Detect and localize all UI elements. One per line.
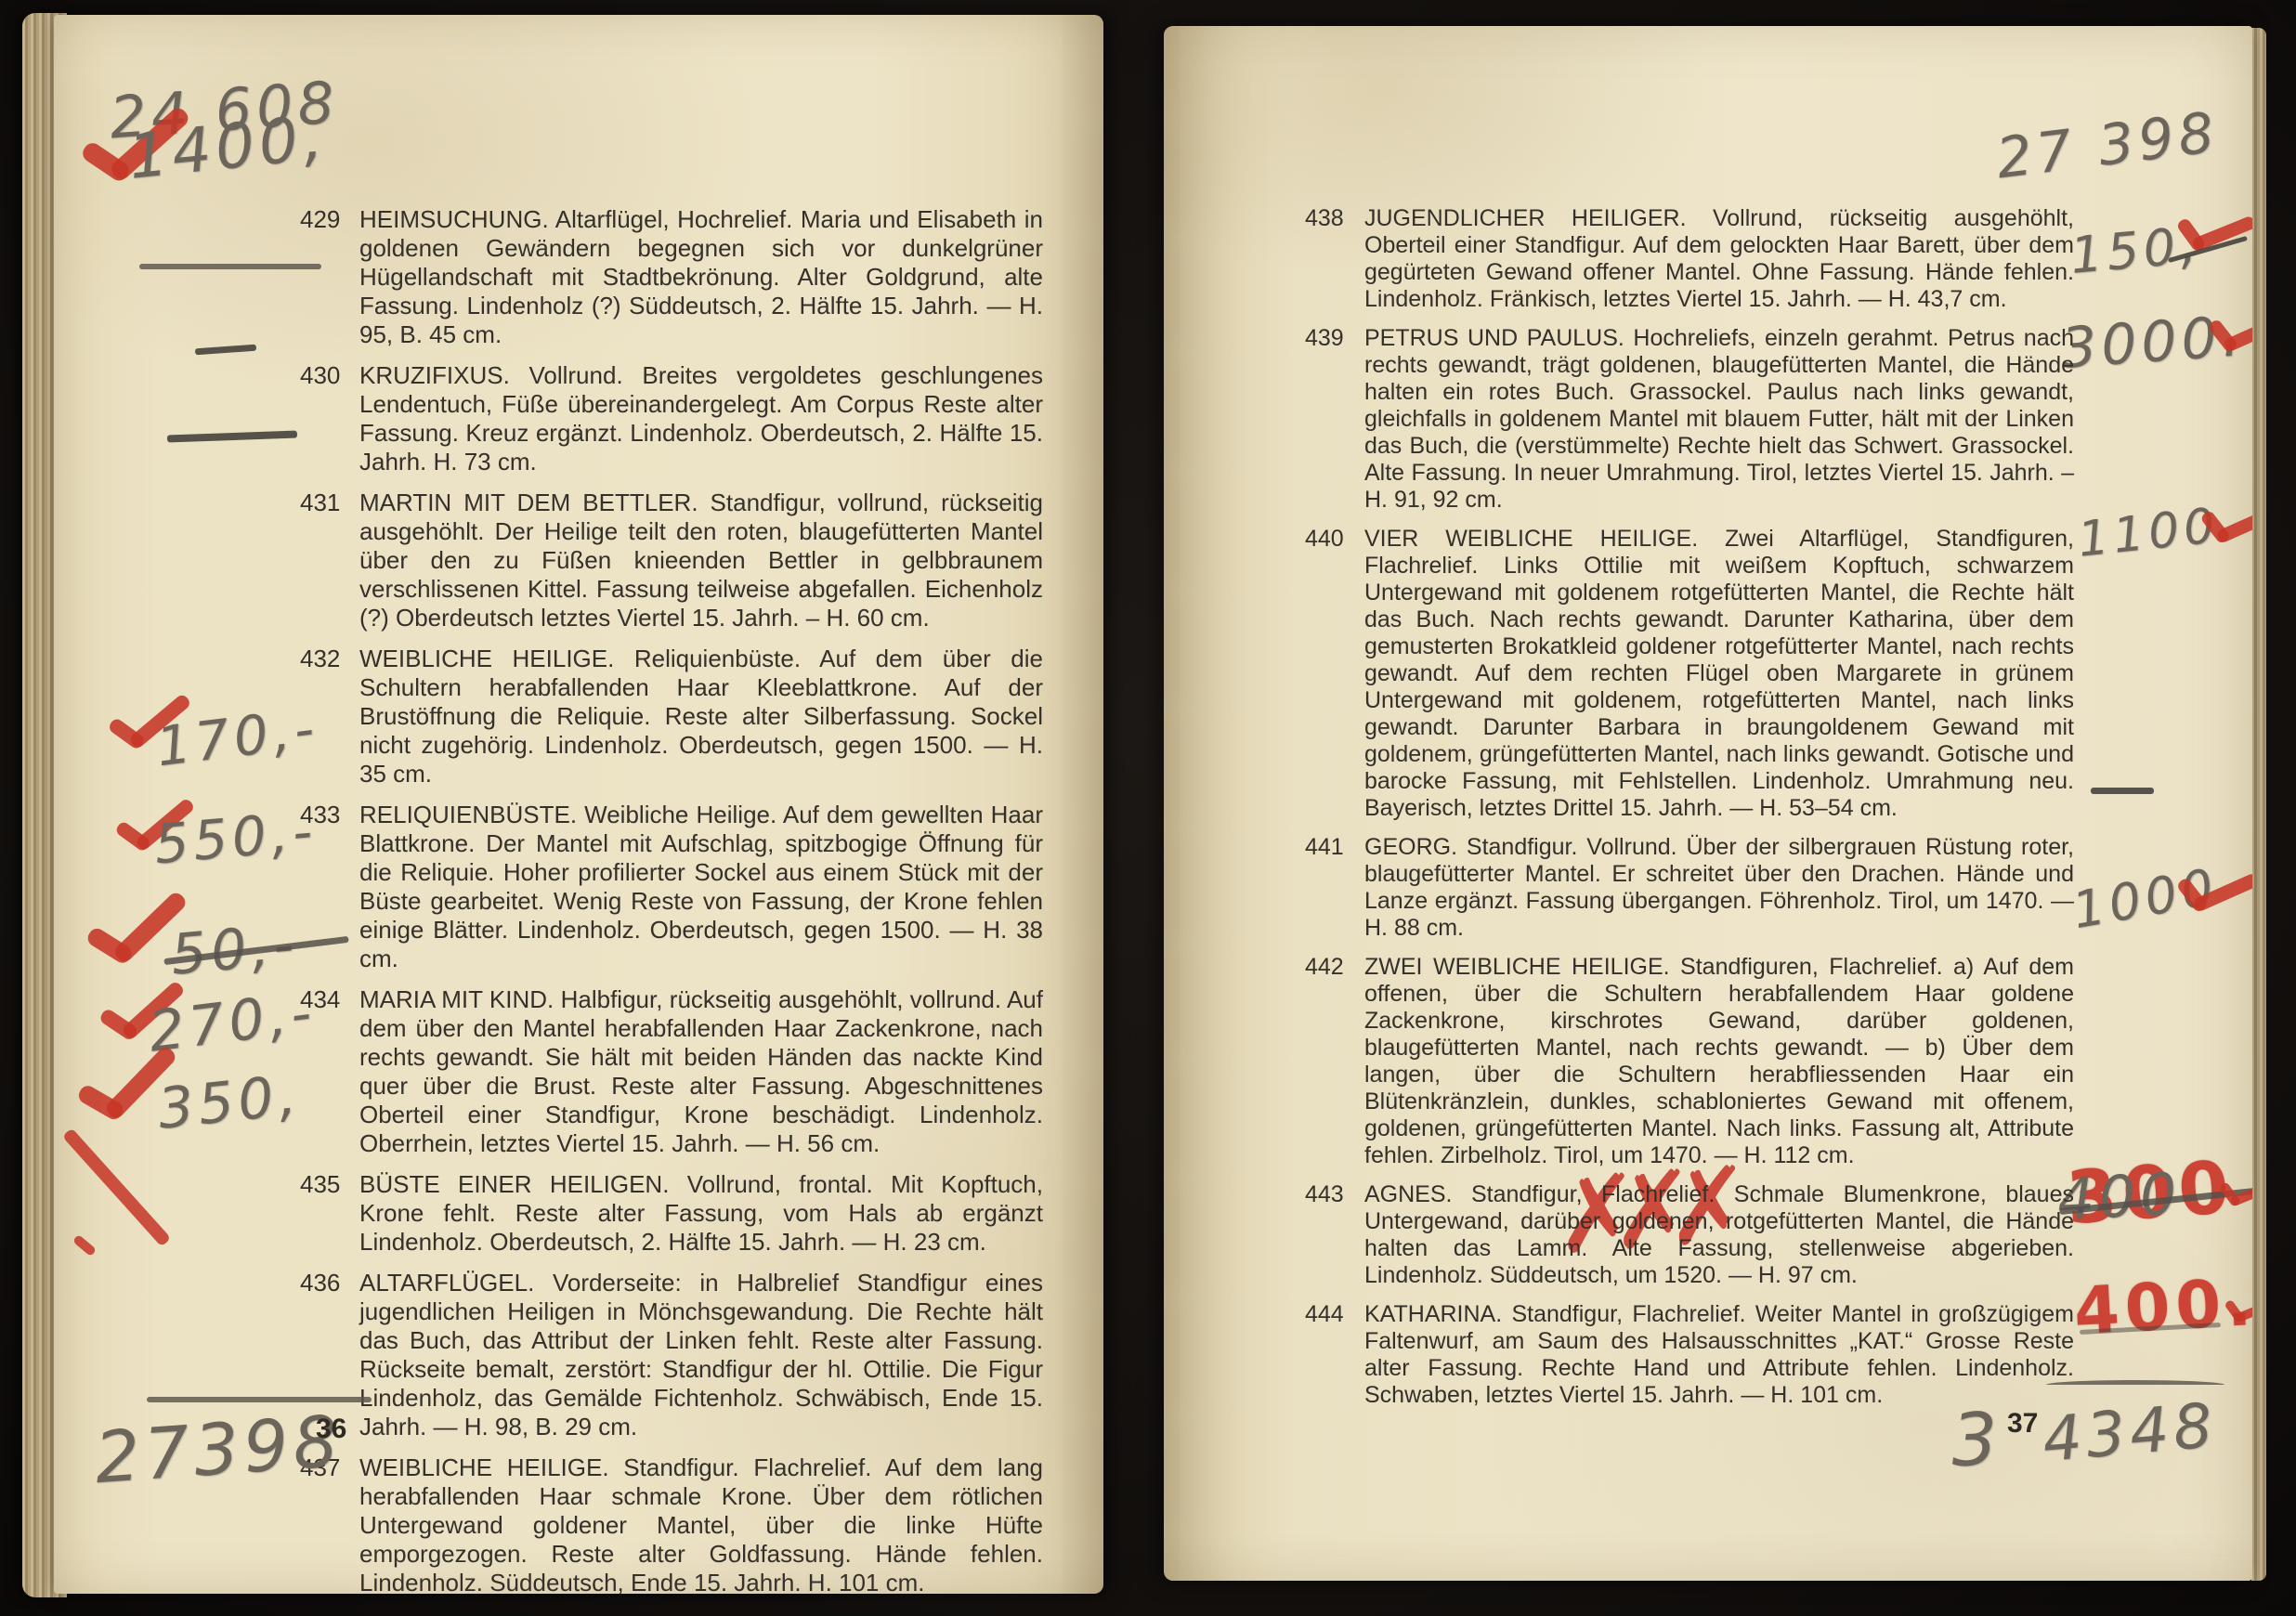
entry-text: AGNES. Standfigur, Flachrelief. Schmale … [1364,1181,2074,1289]
entry-number: 432 [300,645,346,788]
catalog-entry-431: 431 MARTIN MIT DEM BETTLER. Standfigur, … [300,489,1043,632]
catalog-entry-439: 439 PETRUS UND PAULUS. Hochreliefs, einz… [1305,325,2074,514]
pencil-dash-431 [167,431,297,443]
catalog-entry-440: 440 VIER WEIBLICHE HEILIGE. Zwei Altarfl… [1305,526,2074,822]
entry-text: KRUZIFIXUS. Vollrund. Breites vergoldete… [359,361,1043,476]
entry-number: 442 [1305,954,1351,1169]
page-edges-right [2251,28,2266,1581]
entry-text: BÜSTE EINER HEILIGEN. Vollrund, frontal.… [359,1170,1043,1257]
entry-number: 430 [300,361,346,476]
entry-text: MARTIN MIT DEM BETTLER. Standfigur, voll… [359,489,1043,632]
margin-price-437: 350, [155,1062,304,1142]
entry-text: ALTARFLÜGEL. Vorderseite: in Halbrelief … [359,1269,1043,1441]
red-checkmark-440 [2194,488,2252,560]
pencil-sum-bottom-right: 4348 [2040,1389,2220,1476]
pencil-dash-430 [195,345,256,356]
catalog-entry-437: 437 WEIBLICHE HEILIGE. Standfigur. Flach… [300,1453,1043,1594]
red-check-tail-437 [62,1127,171,1246]
margin-price-434: 550,- [151,799,319,876]
entry-text: RELIQUIENBÜSTE. Weibliche Heilige. Auf d… [359,801,1043,973]
pencil-lot-number-top-right: 27 398 [1993,100,2223,192]
catalog-entry-444: 444 KATHARINA. Standfigur, Flachrelief. … [1305,1301,2074,1409]
entry-text: JUGENDLICHER HEILIGER. Vollrund, rücksei… [1364,205,2074,313]
entry-text: GEORG. Standfigur. Vollrund. Über der si… [1364,834,2074,942]
entry-number: 440 [1305,526,1351,822]
entry-number: 441 [1305,834,1351,942]
page-number-36: 36 [316,1414,346,1445]
pencil-dash-441 [2091,788,2154,794]
catalog-entry-429: 429 HEIMSUCHUNG. Altarflügel, Hochrelief… [300,205,1043,349]
entry-number: 444 [1305,1301,1351,1409]
entry-number: 434 [300,985,346,1158]
catalog-entries-right: 438 JUGENDLICHER HEILIGER. Vollrund, rüc… [1305,205,2074,1421]
entry-text: KATHARINA. Standfigur, Flachrelief. Weit… [1364,1301,2074,1409]
catalog-entry-430: 430 KRUZIFIXUS. Vollrund. Breites vergol… [300,361,1043,476]
entry-number: 429 [300,205,346,349]
catalog-entry-436: 436 ALTARFLÜGEL. Vorderseite: in Halbrel… [300,1269,1043,1441]
catalog-entry-441: 441 GEORG. Standfigur. Vollrund. Über de… [1305,834,2074,942]
entry-text: MARIA MIT KIND. Halbfigur, rückseitig au… [359,985,1043,1158]
catalog-entry-443: 443 AGNES. Standfigur, Flachrelief. Schm… [1305,1181,2074,1289]
right-page: 27 398 150, 3000. 1100 1000 300 400 400.… [1164,26,2252,1581]
catalog-entries-left: 429 HEIMSUCHUNG. Altarflügel, Hochrelief… [300,205,1043,1594]
entry-text: HEIMSUCHUNG. Altarflügel, Hochrelief. Ma… [359,205,1043,349]
entry-number: 431 [300,489,346,632]
entry-text: WEIBLICHE HEILIGE. Reliquienbüste. Auf d… [359,645,1043,788]
red-checkmark-442 [2170,854,2252,930]
entry-number: 443 [1305,1181,1351,1289]
entry-number: 433 [300,801,346,973]
catalog-entry-434: 434 MARIA MIT KIND. Halbfigur, rückseiti… [300,985,1043,1158]
entry-number: 438 [1305,205,1351,313]
entry-number: 435 [300,1170,346,1257]
entry-text: PETRUS UND PAULUS. Hochreliefs, einzeln … [1364,325,2074,514]
red-tick-marks [72,1234,97,1257]
catalog-entry-438: 438 JUGENDLICHER HEILIGER. Vollrund, rüc… [1305,205,2074,313]
left-page: 24 608 1400, 170,- 550,- 50,- 270,- 350,… [54,15,1103,1594]
pencil-sum-line-right [2046,1380,2224,1385]
entry-number: 439 [1305,325,1351,514]
page-number-37: 37 [2007,1408,2038,1440]
pencil-digit-bottom-right: 3 [1950,1398,2003,1483]
pencil-underline-429 [139,264,321,269]
pencil-sum-bottom-left: 27398 [92,1400,345,1499]
catalog-entry-435: 435 BÜSTE EINER HEILIGEN. Vollrund, fron… [300,1170,1043,1257]
catalog-entry-442: 442 ZWEI WEIBLICHE HEILIGE. Standfiguren… [1305,954,2074,1169]
entry-text: WEIBLICHE HEILIGE. Standfigur. Flachreli… [359,1453,1043,1594]
entry-text: VIER WEIBLICHE HEILIGE. Zwei Altarflügel… [1364,526,2074,822]
entry-text: ZWEI WEIBLICHE HEILIGE. Standfiguren, Fl… [1364,954,2074,1169]
catalog-entry-433: 433 RELIQUIENBÜSTE. Weibliche Heilige. A… [300,801,1043,973]
catalog-entry-432: 432 WEIBLICHE HEILIGE. Reliquienbüste. A… [300,645,1043,788]
catalog-book-spread: 24 608 1400, 170,- 550,- 50,- 270,- 350,… [0,0,2296,1616]
